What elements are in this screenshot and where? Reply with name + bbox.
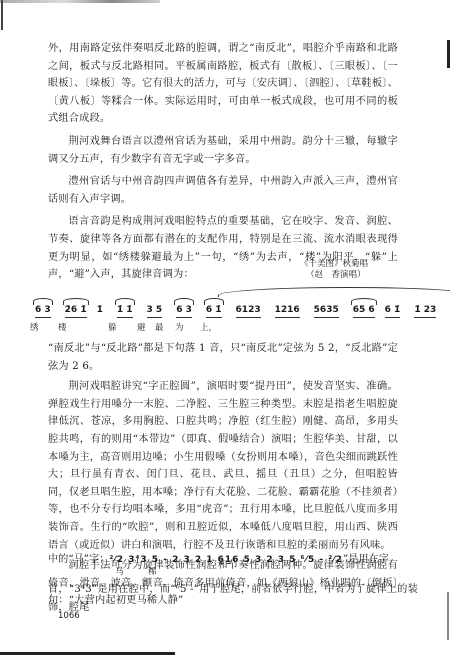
lyrics-line: 绣 楼 躲 避 最 为 上， xyxy=(30,321,430,335)
paragraph-banshi: 外，用南路定弦伴奏唱反北路的腔调，谓之“南反北”，唱腔介乎南路和北路之间，板式与… xyxy=(48,40,398,128)
note-group: 5635 xyxy=(309,305,344,315)
note-group: 1̇ xyxy=(92,305,108,315)
page-number: 1066 xyxy=(58,611,80,621)
paragraph-vocal-types: 荆河戏唱腔讲究“字正腔圆”，演唱时要“提丹田”，使发音坚实、准确。弹腔戏生行用嗓… xyxy=(48,378,398,554)
phrase-slur xyxy=(218,287,450,297)
lyric: 楼 xyxy=(58,321,67,333)
lyric: 马 xyxy=(115,565,124,577)
note-group: 6 1̇ xyxy=(201,305,227,315)
lyric: 躲 xyxy=(108,321,117,333)
note-group: 1216 xyxy=(270,305,305,315)
note-group: 5 xyxy=(445,305,450,315)
lyric: 稀 xyxy=(148,565,157,577)
example2-suffix: ”是用在字 xyxy=(343,550,389,565)
note-group: 3 5 xyxy=(142,305,168,315)
paragraph-tuning: “南反北”与“反北路”都是下句落 1 音，只“南反北”定弦为 5 2，“反北路”… xyxy=(48,340,398,375)
note-group: 6123 xyxy=(231,305,266,315)
notation-example-2: 中的“马”字： ²⁄2 3⁴3 5 - 2 3 2 1 6̲1̲6 5 3 2 … xyxy=(48,550,418,616)
example2-notes: ²⁄2 3⁴3 5 - 2 3 2 1 6̲1̲6 5 3 2 3 5 ⁶⁄5 … xyxy=(109,555,343,565)
note-group: 65 6 xyxy=(348,305,380,315)
note-group: 1̇ 23 xyxy=(409,305,441,315)
lyric: 上， xyxy=(200,321,217,333)
note-group: 2̇6 1̇ xyxy=(60,305,92,315)
note-group: 6 3 xyxy=(171,305,197,315)
lyric: 避 xyxy=(137,321,146,333)
paragraph-tones: 澧州官话与中州音韵四声调值各有差异，中州韵入声派入三声，澧州官话则有入声字调。 xyxy=(48,173,398,208)
example2-lyrics: 马 稀 xyxy=(48,565,418,577)
paragraph-ornament-placement: 首，“3⁴3”是用在腔中，而“⁶5 -”用于腔尾，前者依字行腔，中者为了旋律上的… xyxy=(48,581,418,616)
note-group: 6 3 xyxy=(30,305,56,315)
scan-edge-top xyxy=(0,0,160,3)
notation-example-1: 6 3 2̇6 1̇ 1̇ 1̇ 1̇ 3 5 6 3 6 1̇ 6123 12… xyxy=(30,291,430,335)
lyric: 最 xyxy=(155,321,164,333)
note-group: 1̇ 1̇ xyxy=(112,305,138,315)
note-group: 6 1̇ xyxy=(380,305,406,315)
jianpu-staff: 6 3 2̇6 1̇ 1̇ 1̇ 1̇ 3 5 6 3 6 1̇ 6123 12… xyxy=(30,291,430,315)
example-source: 《十美图》秋菊唱 xyxy=(300,259,368,270)
scan-edge-bottom xyxy=(0,652,175,655)
paragraph-stage-language: 荆河戏舞台语言以澧州官话为基础，采用中州韵。韵分十三辙，每辙字调又分五声，有少数… xyxy=(48,133,398,168)
example2-prefix: 中的“马”字： xyxy=(48,550,109,565)
scan-edge-left xyxy=(1,0,3,30)
lyric: 为 xyxy=(175,321,184,333)
example-credit: 《十美图》秋菊唱 （赵 香演唱） xyxy=(300,259,368,281)
inline-notation-row: 中的“马”字： ²⁄2 3⁴3 5 - 2 3 2 1 6̲1̲6 5 3 2 … xyxy=(48,550,418,565)
example-singer: （赵 香演唱） xyxy=(300,270,368,281)
page-body: 外，用南路定弦伴奏唱反北路的腔调，谓之“南反北”，唱腔介乎南路和北路之间，板式与… xyxy=(48,40,398,284)
scan-edge-right-lower xyxy=(447,592,449,640)
lyric: 绣 xyxy=(30,321,39,333)
